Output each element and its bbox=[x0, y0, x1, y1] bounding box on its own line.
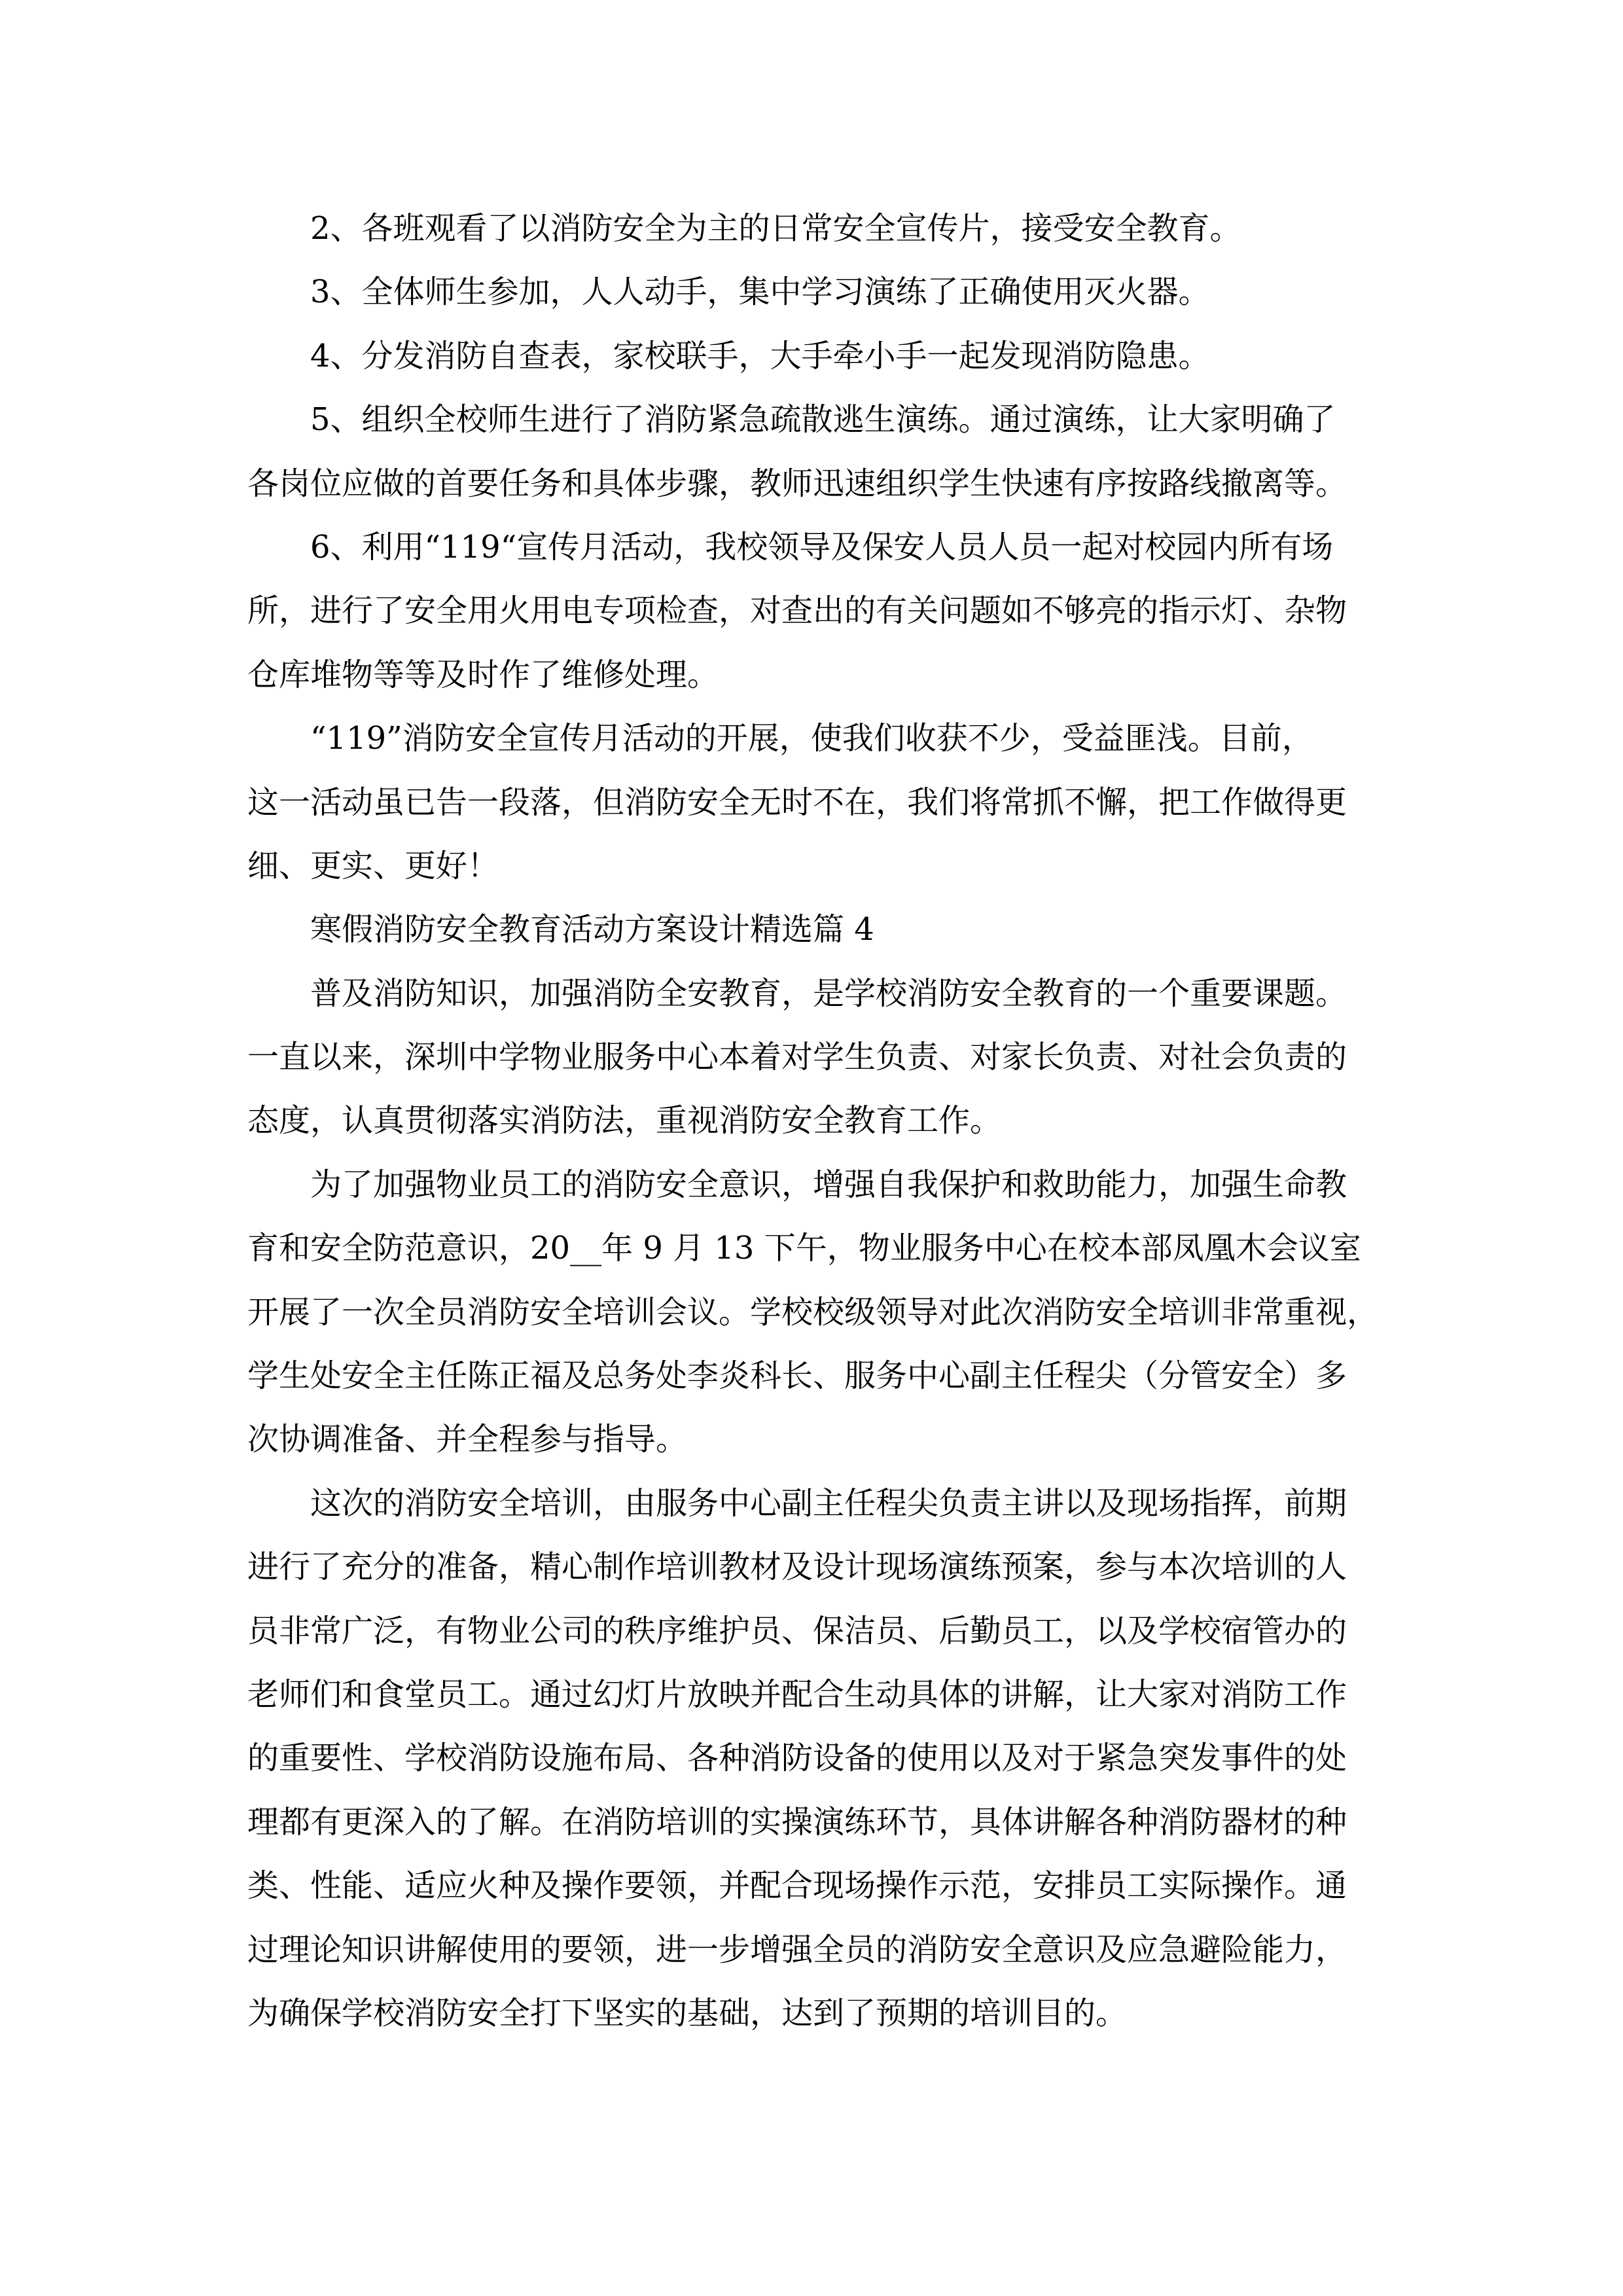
paragraph-line: 次协调准备、并全程参与指导。 bbox=[247, 1408, 1380, 1471]
paragraph-line: 态度，认真贯彻落实消防法，重视消防安全教育工作。 bbox=[247, 1089, 1380, 1153]
paragraph-line: 开展了一次全员消防安全培训会议。学校校级领导对此次消防安全培训非常重视， bbox=[247, 1281, 1380, 1344]
document-page: 2、各班观看了以消防安全为主的日常安全宣传片，接受安全教育。 3、全体师生参加，… bbox=[0, 0, 1623, 2296]
intro-paragraph: 普及消防知识，加强消防全安教育，是学校消防安全教育的一个重要课题。 一直以来，深… bbox=[247, 962, 1380, 1153]
training-details-paragraph: 这次的消防安全培训，由服务中心副主任程尖负责主讲以及现场指挥，前期 进行了充分的… bbox=[247, 1472, 1380, 2046]
paragraph-line: 类、性能、适应火种及操作要领，并配合现场操作示范，安排员工实际操作。通 bbox=[247, 1854, 1380, 1918]
section-heading: 寒假消防安全教育活动方案设计精选篇 4 bbox=[247, 898, 1380, 961]
paragraph-line: 一直以来，深圳中学物业服务中心本着对学生负责、对家长负责、对社会负责的 bbox=[247, 1026, 1380, 1089]
paragraph-line: 进行了充分的准备，精心制作培训教材及设计现场演练预案，参与本次培训的人 bbox=[247, 1535, 1380, 1599]
paragraph-line: 为了加强物业员工的消防安全意识，增强自我保护和救助能力，加强生命教 bbox=[247, 1153, 1380, 1217]
list-item-3: 3、全体师生参加，人人动手，集中学习演练了正确使用灭火器。 bbox=[247, 260, 1380, 324]
paragraph-line: 这一活动虽已告一段落，但消防安全无时不在，我们将常抓不懈，把工作做得更 bbox=[247, 771, 1380, 834]
paragraph-line: 普及消防知识，加强消防全安教育，是学校消防安全教育的一个重要课题。 bbox=[247, 962, 1380, 1026]
list-item-6: 6、利用“119“宣传月活动，我校领导及保安人员人员一起对校园内所有场 所，进行… bbox=[247, 516, 1380, 707]
training-meeting-paragraph: 为了加强物业员工的消防安全意识，增强自我保护和救助能力，加强生命教 育和安全防范… bbox=[247, 1153, 1380, 1472]
paragraph-line: 为确保学校消防安全打下坚实的基础，达到了预期的培训目的。 bbox=[247, 1982, 1380, 2045]
summary-paragraph: “119”消防安全宣传月活动的开展，使我们收获不少，受益匪浅。目前， 这一活动虽… bbox=[247, 707, 1380, 898]
paragraph-line: 4、分发消防自查表，家校联手，大手牵小手一起发现消防隐患。 bbox=[247, 325, 1380, 388]
text-column: 2、各班观看了以消防安全为主的日常安全宣传片，接受安全教育。 3、全体师生参加，… bbox=[247, 197, 1380, 2045]
paragraph-line: 各岗位应做的首要任务和具体步骤，教师迅速组织学生快速有序按路线撤离等。 bbox=[247, 452, 1380, 516]
list-item-2: 2、各班观看了以消防安全为主的日常安全宣传片，接受安全教育。 bbox=[247, 197, 1380, 260]
paragraph-line: 细、更实、更好！ bbox=[247, 834, 1380, 898]
paragraph-line: 理都有更深入的了解。在消防培训的实操演练环节，具体讲解各种消防器材的种 bbox=[247, 1791, 1380, 1854]
paragraph-line: 老师们和食堂员工。通过幻灯片放映并配合生动具体的讲解，让大家对消防工作 bbox=[247, 1663, 1380, 1727]
paragraph-line: 学生处安全主任陈正福及总务处李炎科长、服务中心副主任程尖（分管安全）多 bbox=[247, 1344, 1380, 1408]
paragraph-line: 过理论知识讲解使用的要领，进一步增强全员的消防安全意识及应急避险能力， bbox=[247, 1918, 1380, 1982]
list-item-5: 5、组织全校师生进行了消防紧急疏散逃生演练。通过演练，让大家明确了 各岗位应做的… bbox=[247, 388, 1380, 516]
paragraph-line: 5、组织全校师生进行了消防紧急疏散逃生演练。通过演练，让大家明确了 bbox=[247, 388, 1380, 452]
paragraph-line: 6、利用“119“宣传月活动，我校领导及保安人员人员一起对校园内所有场 bbox=[247, 516, 1380, 579]
paragraph-line: 3、全体师生参加，人人动手，集中学习演练了正确使用灭火器。 bbox=[247, 260, 1380, 324]
paragraph-line: 育和安全防范意识，20__年 9 月 13 下午，物业服务中心在校本部凤凰木会议… bbox=[247, 1217, 1380, 1280]
paragraph-line: “119”消防安全宣传月活动的开展，使我们收获不少，受益匪浅。目前， bbox=[247, 707, 1380, 770]
list-item-4: 4、分发消防自查表，家校联手，大手牵小手一起发现消防隐患。 bbox=[247, 325, 1380, 388]
section-heading-text: 寒假消防安全教育活动方案设计精选篇 4 bbox=[247, 898, 1380, 961]
paragraph-line: 仓库堆物等等及时作了维修处理。 bbox=[247, 643, 1380, 707]
paragraph-line: 所，进行了安全用火用电专项检查，对查出的有关问题如不够亮的指示灯、杂物 bbox=[247, 579, 1380, 643]
paragraph-line: 2、各班观看了以消防安全为主的日常安全宣传片，接受安全教育。 bbox=[247, 197, 1380, 260]
paragraph-line: 的重要性、学校消防设施布局、各种消防设备的使用以及对于紧急突发事件的处 bbox=[247, 1727, 1380, 1790]
paragraph-line: 员非常广泛，有物业公司的秩序维护员、保洁员、后勤员工，以及学校宿管办的 bbox=[247, 1600, 1380, 1663]
paragraph-line: 这次的消防安全培训，由服务中心副主任程尖负责主讲以及现场指挥，前期 bbox=[247, 1472, 1380, 1535]
